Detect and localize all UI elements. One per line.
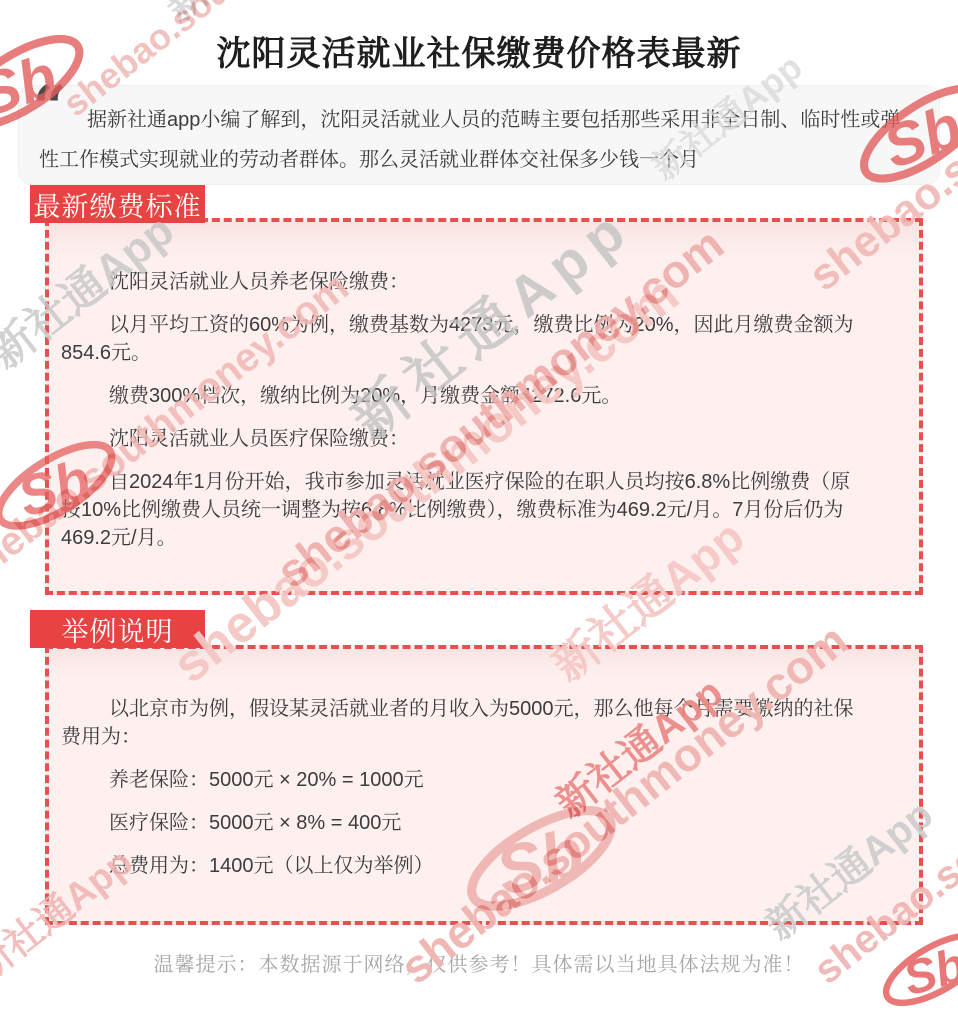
article-page: 新社通App shebao.southmoney.com 新社通App Sb s…: [0, 0, 958, 1012]
paragraph: 缴费300%档次，缴纳比例为20%，月缴费金额4272.6元。: [61, 382, 864, 410]
paragraph: 总费用为：1400元（以上仅为举例）: [61, 852, 864, 880]
paragraph: 以北京市为例，假设某灵活就业者的月收入为5000元，那么他每个月需要缴纳的社保费…: [61, 695, 864, 751]
section-badge-example: 举例说明: [30, 610, 205, 648]
paragraph: 自2024年1月份开始，我市参加灵活就业医疗保险的在职人员均按6.8%比例缴费（…: [61, 468, 864, 552]
paragraph: 沈阳灵活就业人员养老保险缴费：: [61, 268, 864, 296]
paragraph: 养老保险：5000元 × 20% = 1000元: [61, 766, 864, 794]
example-box: 以北京市为例，假设某灵活就业者的月收入为5000元，那么他每个月需要缴纳的社保费…: [45, 645, 923, 925]
quote-icon: “: [33, 78, 66, 136]
paragraph: 医疗保险：5000元 × 8% = 400元: [61, 809, 864, 837]
intro-card: “ 据新社通app小编了解到，沈阳灵活就业人员的范畴主要包括那些采用非全日制、临…: [18, 85, 940, 185]
payment-standard-box: 沈阳灵活就业人员养老保险缴费： 以月平均工资的60%为例，缴费基数为4273元，…: [45, 218, 923, 595]
intro-paragraph: 据新社通app小编了解到，沈阳灵活就业人员的范畴主要包括那些采用非全日制、临时性…: [19, 86, 939, 180]
page-title: 沈阳灵活就业社保缴费价格表最新: [0, 26, 958, 75]
footer-tip: 温馨提示：本数据源于网络，仅供参考！具体需以当地具体法规为准！: [0, 948, 958, 977]
paragraph: 沈阳灵活就业人员医疗保险缴费：: [61, 425, 864, 453]
paragraph: 以月平均工资的60%为例，缴费基数为4273元，缴费比例为20%，因此月缴费金额…: [61, 311, 864, 367]
section-badge-payment-standard: 最新缴费标准: [30, 185, 205, 223]
